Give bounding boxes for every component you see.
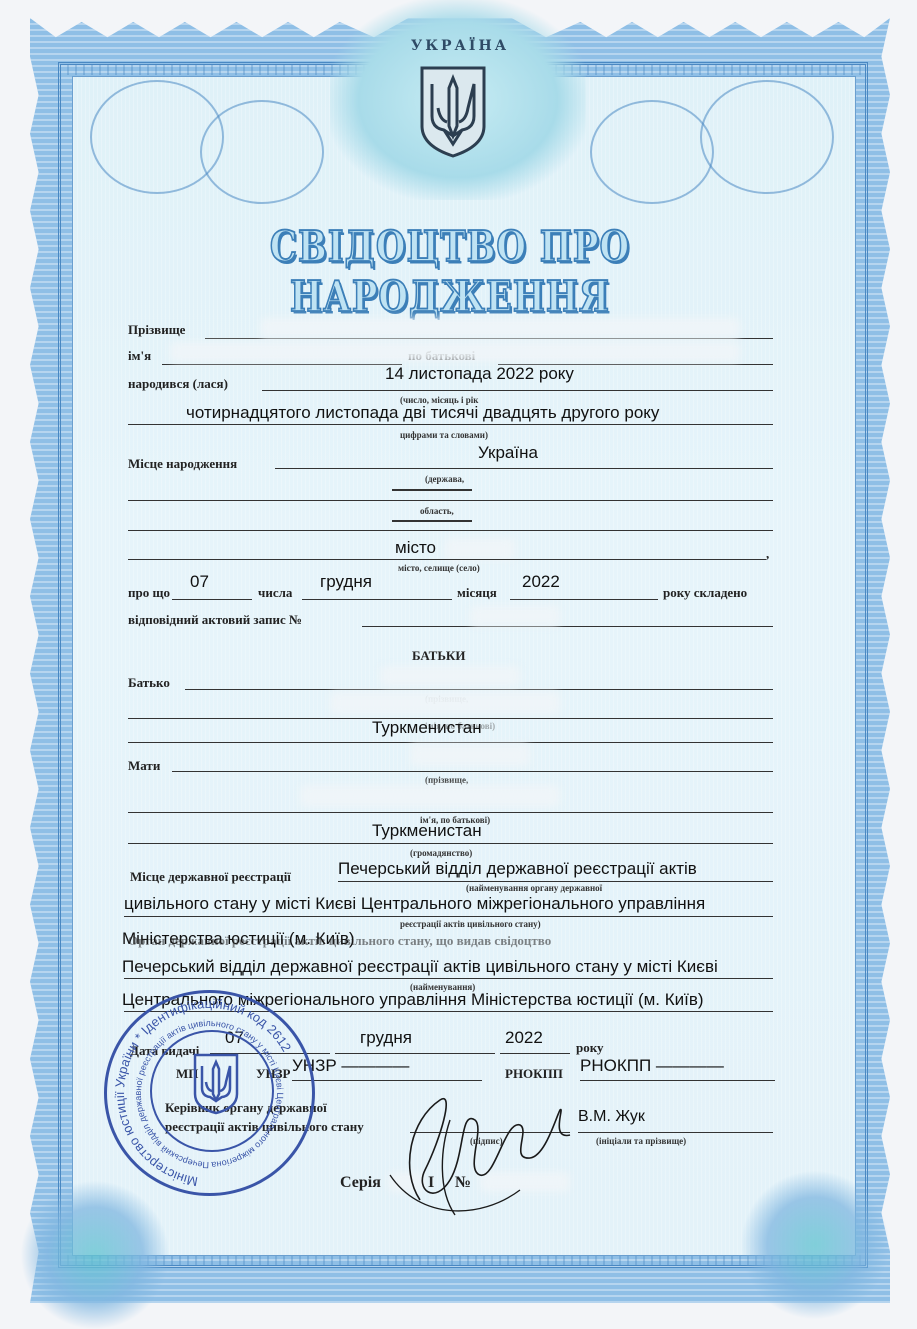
- born-words-line: [128, 424, 773, 425]
- rnokpp-line: [580, 1080, 775, 1081]
- record-about-label: про що: [128, 585, 170, 601]
- birthplace-region-hint: область,: [420, 506, 454, 516]
- issuer-line1-rule: [124, 978, 773, 979]
- record-year-value: 2022: [522, 572, 560, 592]
- mother-hint: (прізвище,: [425, 775, 468, 785]
- registration-place-hint1: (найменування органу державної: [466, 883, 602, 893]
- scroll-ornament-left-2: [200, 100, 324, 204]
- born-digits-value: 14 листопада 2022 року: [385, 364, 574, 384]
- parents-heading: БАТЬКИ: [412, 648, 465, 664]
- rnokpp-value: РНОКПП ————: [580, 1056, 724, 1076]
- record-day-value: 07: [190, 572, 209, 592]
- born-label: народився (лася): [128, 376, 228, 392]
- head-name-value: В.М. Жук: [578, 1108, 645, 1126]
- birthplace-state-value: Україна: [478, 443, 538, 463]
- father-label: Батько: [128, 675, 170, 691]
- registration-place-hint2: реєстрації актів цивільного стану): [400, 919, 541, 929]
- surname-redacted: [260, 318, 740, 338]
- registration-place-line2: цивільного стану у місті Києві Центральн…: [124, 894, 705, 914]
- father-name-redacted: [330, 692, 560, 714]
- registration-place-line1-rule: [338, 881, 773, 882]
- surname-label: Прізвище: [128, 322, 185, 338]
- record-entry-line: [362, 626, 773, 627]
- record-month-line: [302, 599, 452, 600]
- birthplace-district-line: [128, 530, 773, 531]
- corner-ornament-bottom-right: [740, 1170, 890, 1320]
- father-line: [185, 689, 773, 690]
- signature-icon: [380, 1080, 580, 1220]
- corner-ornament-bottom-left: [20, 1180, 170, 1329]
- trident-emblem-icon: [418, 64, 488, 160]
- mother-label: Мати: [128, 758, 160, 774]
- record-entry-label: відповідний актовий запис №: [128, 612, 302, 628]
- mother-name-line: [128, 812, 773, 813]
- mother-citizenship-line: [128, 843, 773, 844]
- hint-divider-1: [392, 489, 472, 491]
- birthplace-city-comma: ,: [766, 546, 769, 562]
- series-label: Серія: [340, 1174, 381, 1192]
- issue-year-line: [500, 1053, 570, 1054]
- country-name: УКРАЇНА: [380, 38, 540, 54]
- born-words-value: чотирнадцятого листопада дві тисячі двад…: [186, 403, 659, 423]
- issuer-line1: Печерський відділ державної реєстрації а…: [122, 957, 718, 977]
- stamp-ring-text: Міністерство юстиції України * Ідентифік…: [104, 990, 315, 1196]
- father-citizenship-line: [128, 742, 773, 743]
- record-month-value: грудня: [320, 572, 372, 592]
- name-redacted: [170, 342, 740, 362]
- mother-citizenship-value: Туркменистан: [372, 821, 482, 841]
- scroll-ornament-right-2: [590, 100, 714, 204]
- name-line: [162, 364, 402, 365]
- city-redacted: [445, 538, 515, 560]
- issue-year-value: 2022: [505, 1028, 543, 1048]
- mother-name-redacted: [300, 785, 560, 807]
- issuer-label: Орган державної реєстрації актів цивільн…: [128, 933, 551, 949]
- mother-line: [172, 771, 773, 772]
- citizenship-hint: (громадянство): [410, 848, 472, 858]
- hint-divider-2: [392, 520, 472, 522]
- registration-place-label: Місце державної реєстрації: [130, 869, 291, 885]
- birthplace-state-line: [275, 468, 773, 469]
- birthplace-city-value: місто: [395, 538, 436, 558]
- record-month-label: місяця: [457, 585, 497, 601]
- record-year-line: [510, 599, 658, 600]
- surname-line: [205, 338, 773, 339]
- head-name-line: [578, 1132, 773, 1133]
- record-year-label: року складено: [663, 585, 747, 601]
- issue-year-label: року: [576, 1040, 604, 1056]
- born-digits-line: [262, 390, 773, 391]
- issue-month-value: грудня: [360, 1028, 412, 1048]
- registration-place-line2-rule: [124, 916, 773, 917]
- birthplace-region-line: [128, 500, 773, 501]
- birthplace-city-hint: місто, селище (село): [398, 563, 480, 573]
- record-day-label: числа: [258, 585, 292, 601]
- father-surname-redacted: [380, 666, 520, 686]
- issue-month-line: [335, 1053, 495, 1054]
- name-label: ім'я: [128, 348, 151, 364]
- born-words-hint: цифрами та словами): [400, 430, 488, 440]
- father-citizenship-value: Туркменистан: [372, 718, 482, 738]
- mother-surname-redacted: [410, 744, 530, 766]
- birthplace-label: Місце народження: [128, 456, 237, 472]
- registration-place-line1: Печерський відділ державної реєстрації а…: [338, 859, 697, 879]
- head-name-hint: (ініціали та прізвище): [596, 1136, 686, 1146]
- record-day-line: [172, 599, 252, 600]
- entry-redacted: [470, 606, 560, 626]
- scroll-ornament-right: [700, 80, 834, 194]
- birthplace-city-line: [128, 559, 766, 560]
- document-title: СВІДОЦТВО ПРО НАРОДЖЕННЯ: [170, 222, 730, 322]
- birthplace-state-hint: (держава,: [425, 474, 464, 484]
